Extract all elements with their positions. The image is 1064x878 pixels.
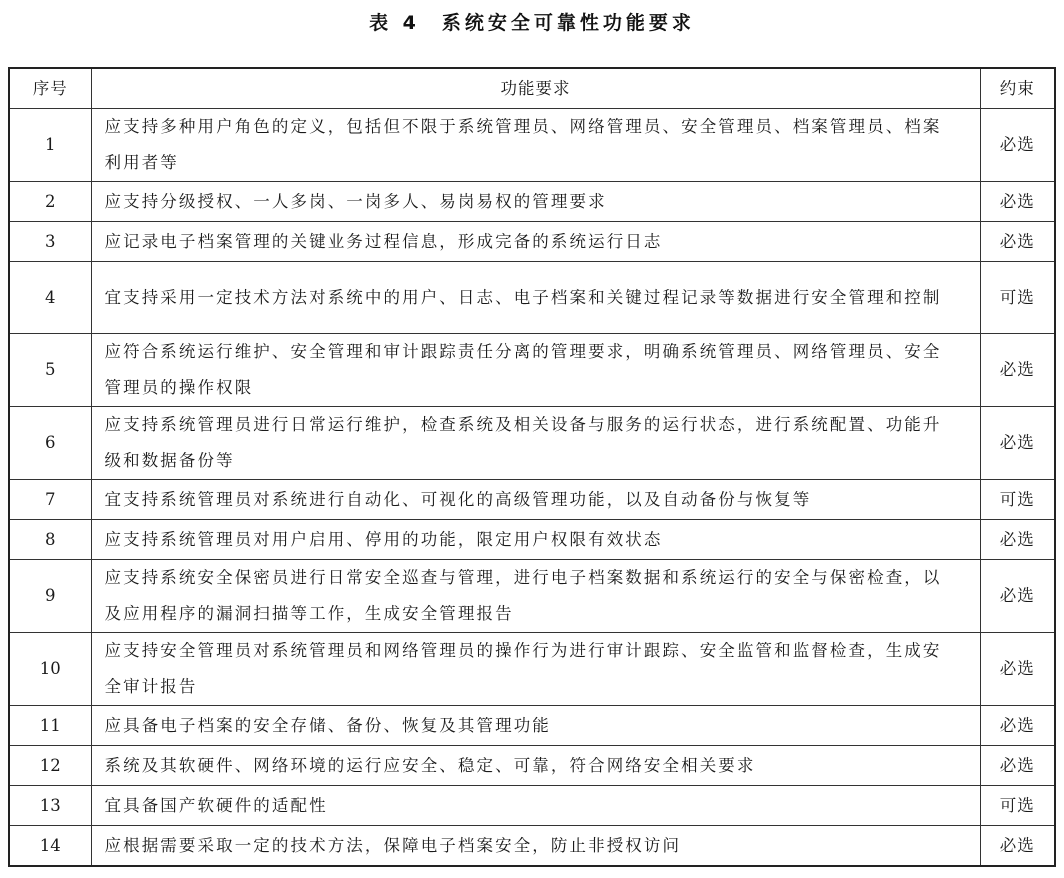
table-row: 14 应根据需要采取一定的技术方法，保障电子档案安全，防止非授权访问 必选	[9, 826, 1055, 867]
row-number: 2	[9, 182, 91, 222]
table-row: 9 应支持系统安全保密员进行日常安全巡查与管理，进行电子档案数据和系统运行的安全…	[9, 560, 1055, 633]
row-constraint: 可选	[980, 262, 1055, 334]
row-requirement: 应支持分级授权、一人多岗、一岗多人、易岗易权的管理要求	[91, 182, 980, 222]
row-constraint: 必选	[980, 520, 1055, 560]
table-title: 系统安全可靠性功能要求	[442, 12, 695, 34]
header-constraint: 约束	[980, 68, 1055, 109]
row-number: 12	[9, 746, 91, 786]
table-row: 5 应符合系统运行维护、安全管理和审计跟踪责任分离的管理要求，明确系统管理员、网…	[9, 334, 1055, 407]
row-requirement: 应符合系统运行维护、安全管理和审计跟踪责任分离的管理要求，明确系统管理员、网络管…	[91, 334, 980, 407]
row-requirement: 宜支持采用一定技术方法对系统中的用户、日志、电子档案和关键过程记录等数据进行安全…	[91, 262, 980, 334]
row-requirement: 应支持系统管理员对用户启用、停用的功能，限定用户权限有效状态	[91, 520, 980, 560]
table-row: 6 应支持系统管理员进行日常运行维护，检查系统及相关设备与服务的运行状态，进行系…	[9, 407, 1055, 480]
table-row: 4 宜支持采用一定技术方法对系统中的用户、日志、电子档案和关键过程记录等数据进行…	[9, 262, 1055, 334]
row-number: 6	[9, 407, 91, 480]
row-number: 5	[9, 334, 91, 407]
row-number: 10	[9, 633, 91, 706]
row-number: 4	[9, 262, 91, 334]
row-requirement: 应支持系统管理员进行日常运行维护，检查系统及相关设备与服务的运行状态，进行系统配…	[91, 407, 980, 480]
row-requirement: 应支持多种用户角色的定义，包括但不限于系统管理员、网络管理员、安全管理员、档案管…	[91, 109, 980, 182]
table-row: 8 应支持系统管理员对用户启用、停用的功能，限定用户权限有效状态 必选	[9, 520, 1055, 560]
table-row: 2 应支持分级授权、一人多岗、一岗多人、易岗易权的管理要求 必选	[9, 182, 1055, 222]
row-constraint: 必选	[980, 633, 1055, 706]
row-constraint: 必选	[980, 182, 1055, 222]
table-row: 7 宜支持系统管理员对系统进行自动化、可视化的高级管理功能，以及自动备份与恢复等…	[9, 480, 1055, 520]
row-constraint: 必选	[980, 560, 1055, 633]
row-constraint: 必选	[980, 222, 1055, 262]
requirements-table: 序号 功能要求 约束 1 应支持多种用户角色的定义，包括但不限于系统管理员、网络…	[8, 67, 1056, 867]
row-constraint: 必选	[980, 407, 1055, 480]
table-row: 11 应具备电子档案的安全存储、备份、恢复及其管理功能 必选	[9, 706, 1055, 746]
table-row: 10 应支持安全管理员对系统管理员和网络管理员的操作行为进行审计跟踪、安全监管和…	[9, 633, 1055, 706]
row-number: 14	[9, 826, 91, 867]
row-number: 1	[9, 109, 91, 182]
row-requirement: 宜具备国产软硬件的适配性	[91, 786, 980, 826]
row-number: 13	[9, 786, 91, 826]
row-requirement: 应根据需要采取一定的技术方法，保障电子档案安全，防止非授权访问	[91, 826, 980, 867]
table-caption: 表 4系统安全可靠性功能要求	[0, 8, 1064, 35]
header-serial-number: 序号	[9, 68, 91, 109]
row-requirement: 应支持系统安全保密员进行日常安全巡查与管理，进行电子档案数据和系统运行的安全与保…	[91, 560, 980, 633]
row-requirement: 应记录电子档案管理的关键业务过程信息，形成完备的系统运行日志	[91, 222, 980, 262]
table-number: 表 4	[369, 12, 420, 34]
row-constraint: 必选	[980, 334, 1055, 407]
table-header-row: 序号 功能要求 约束	[9, 68, 1055, 109]
row-constraint: 必选	[980, 706, 1055, 746]
row-constraint: 可选	[980, 786, 1055, 826]
table-row: 12 系统及其软硬件、网络环境的运行应安全、稳定、可靠，符合网络安全相关要求 必…	[9, 746, 1055, 786]
row-number: 3	[9, 222, 91, 262]
row-constraint: 必选	[980, 826, 1055, 867]
table-row: 3 应记录电子档案管理的关键业务过程信息，形成完备的系统运行日志 必选	[9, 222, 1055, 262]
row-constraint: 必选	[980, 109, 1055, 182]
row-requirement: 应具备电子档案的安全存储、备份、恢复及其管理功能	[91, 706, 980, 746]
row-constraint: 可选	[980, 480, 1055, 520]
header-requirement: 功能要求	[91, 68, 980, 109]
row-number: 7	[9, 480, 91, 520]
row-number: 9	[9, 560, 91, 633]
table-row: 13 宜具备国产软硬件的适配性 可选	[9, 786, 1055, 826]
table-row: 1 应支持多种用户角色的定义，包括但不限于系统管理员、网络管理员、安全管理员、档…	[9, 109, 1055, 182]
row-constraint: 必选	[980, 746, 1055, 786]
row-requirement: 应支持安全管理员对系统管理员和网络管理员的操作行为进行审计跟踪、安全监管和监督检…	[91, 633, 980, 706]
row-number: 11	[9, 706, 91, 746]
row-requirement: 宜支持系统管理员对系统进行自动化、可视化的高级管理功能，以及自动备份与恢复等	[91, 480, 980, 520]
row-number: 8	[9, 520, 91, 560]
row-requirement: 系统及其软硬件、网络环境的运行应安全、稳定、可靠，符合网络安全相关要求	[91, 746, 980, 786]
